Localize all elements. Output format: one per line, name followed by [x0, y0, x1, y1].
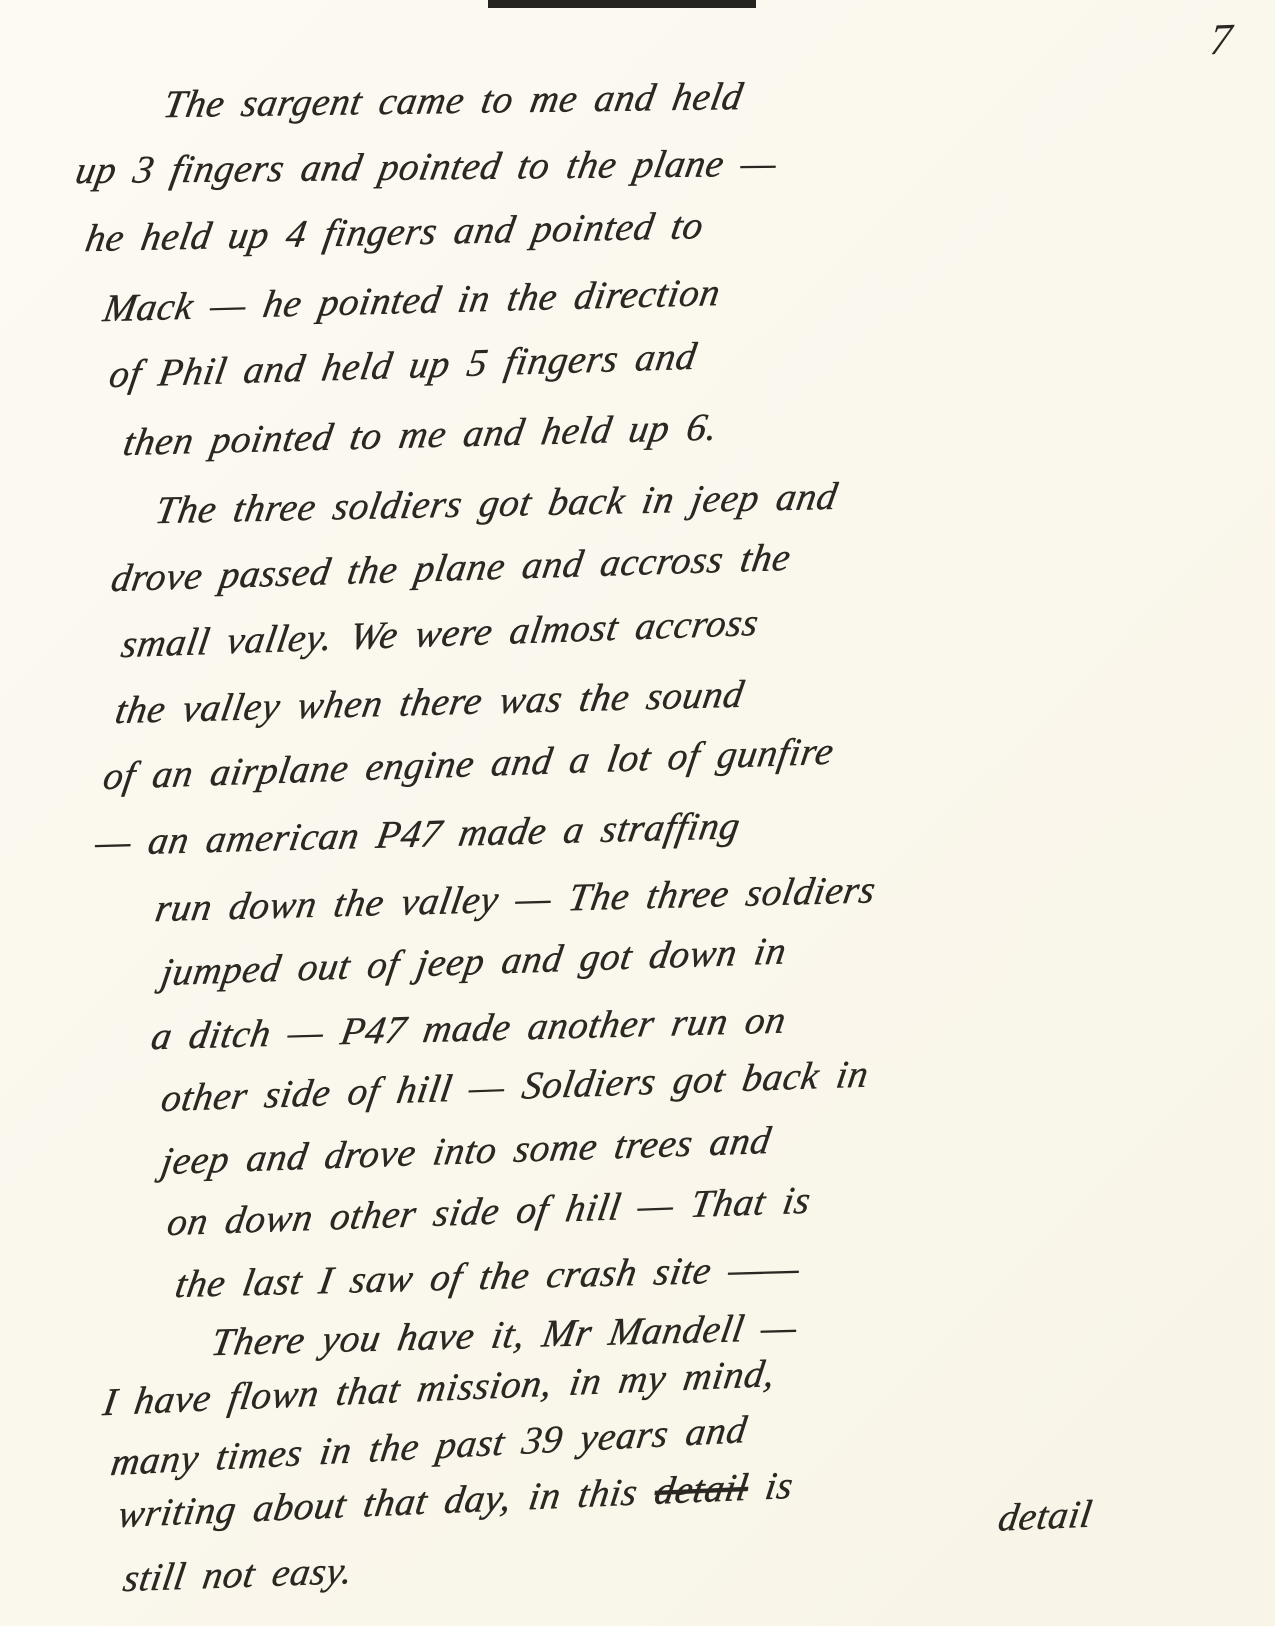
handwritten-line: of an airplane engine and a lot of gunfi… [100, 729, 837, 799]
handwritten-line: he held up 4 fingers and pointed to [82, 203, 707, 261]
handwritten-letter-page: 7 The sargent came to me and held up 3 f… [0, 0, 1275, 1626]
handwritten-line: other side of hill — Soldiers got back i… [158, 1052, 872, 1121]
handwritten-line: the last I saw of the crash site —— [172, 1246, 803, 1307]
inserted-correction-word: detail [995, 1492, 1095, 1541]
handwritten-line: a ditch — P47 made another run on [148, 997, 790, 1059]
handwritten-line: — an american P47 made a straffing [92, 803, 743, 865]
handwritten-line: run down the valley — The three soldiers [152, 867, 879, 931]
handwritten-line: drove passed the plane and accross the [108, 535, 794, 601]
handwritten-line: jeep and drove into some trees and [158, 1118, 774, 1184]
handwritten-line: The sargent came to me and held [160, 74, 747, 127]
photocopy-edge-artifact [488, 0, 756, 8]
handwritten-line: up 3 fingers and pointed to the plane — [72, 141, 781, 193]
handwritten-line: small valley. We were almost accross [118, 600, 762, 667]
handwritten-line: jumped out of jeep and got down in [158, 928, 790, 995]
handwritten-line: then pointed to me and held up 6. [120, 405, 721, 465]
correction-after-text: is [745, 1464, 796, 1509]
handwritten-line: of Phil and held up 5 fingers and [106, 334, 700, 397]
page-number: 7 [1208, 14, 1234, 66]
handwritten-line: still not easy. [120, 1548, 356, 1601]
struck-out-word: detail [652, 1466, 752, 1513]
handwritten-line: Mack — he pointed in the direction [100, 270, 724, 331]
handwritten-line: on down other side of hill — That is [164, 1178, 814, 1245]
handwritten-line: the valley when there was the sound [112, 672, 747, 733]
handwritten-line: The three soldiers got back in jeep and [152, 474, 841, 533]
